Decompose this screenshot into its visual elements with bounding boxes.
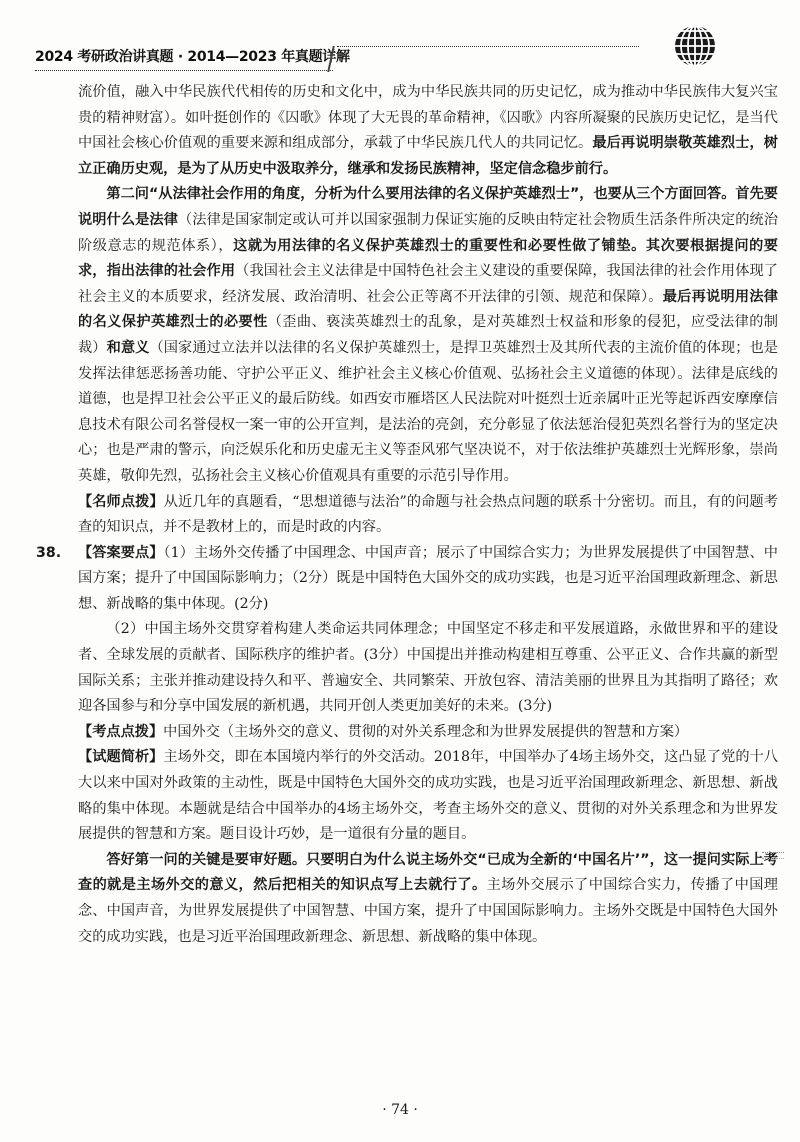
page-body: 流价值，融入中华民族代代相传的历史和文化中，成为中华民族共同的历史记忆，成为推动… — [78, 80, 778, 950]
answer-part-1: 【答案要点】（1）主场外交传播了中国理念、中国声音；展示了中国综合实力；为世界发… — [78, 541, 778, 618]
question-analysis: 【试题简析】主场外交，即在本国境内举行的外交活动。2018年，中国举办了4场主场… — [78, 745, 778, 847]
scan-mark — [762, 852, 784, 859]
paragraph-continuation: 流价值，融入中华民族代代相传的历史和文化中，成为中华民族共同的历史记忆，成为推动… — [78, 80, 778, 182]
body-text: （国家通过立法并以法律的名义保护英雄烈士，是捍卫英雄烈士及其所代表的主流价值的体… — [78, 340, 778, 484]
analysis-label: 【试题简析】 — [78, 749, 163, 765]
teacher-tip-label: 【名师点拨】 — [78, 494, 164, 510]
globe-icon — [673, 24, 717, 68]
answer-text: （1）主场外交传播了中国理念、中国声音；展示了中国综合实力；为世界发展提供了中国… — [78, 545, 778, 612]
answer-guidance: 答好第一问的关键是要审好题。只要明白为什么说主场外交“已成为全新的‘中国名片’”… — [78, 848, 778, 950]
exam-point-text: 中国外交（主场外交的意义、贯彻的对外关系理念和为世界发展提供的智慧和方案） — [163, 724, 688, 740]
answer-text: （2）中国主场外交贯穿着构建人类命运共同体理念；中国坚定不移走和平发展道路，永做… — [78, 621, 778, 714]
analysis-text: 主场外交，即在本国境内举行的外交活动。2018年，中国举办了4场主场外交，这凸显… — [78, 749, 778, 842]
exam-point-label: 【考点点拨】 — [78, 724, 163, 740]
teacher-tip-text: 从近几年的真题看，“思想道德与法治”的命题与社会热点问题的联系十分密切。而且，有… — [78, 494, 778, 536]
exam-point: 【考点点拨】中国外交（主场外交的意义、贯彻的对外关系理念和为世界发展提供的智慧和… — [78, 720, 778, 746]
question-38: 38. 【答案要点】（1）主场外交传播了中国理念、中国声音；展示了中国综合实力；… — [78, 541, 778, 951]
answer-label: 【答案要点】 — [78, 545, 163, 561]
question-number: 38. — [36, 541, 61, 567]
running-header-title: 2024 考研政治讲真题 · 2014—2023 年真题详解 — [35, 46, 350, 66]
paragraph-second-question: 第二问“从法律社会作用的角度，分析为什么要用法律的名义保护英雄烈士”，也要从三个… — [78, 182, 778, 489]
page-number: · 74 · — [0, 1102, 800, 1118]
emphasis-text: 和意义 — [107, 340, 150, 356]
teacher-tip: 【名师点拨】从近几年的真题看，“思想道德与法治”的命题与社会热点问题的联系十分密… — [78, 490, 778, 541]
page-header: 2024 考研政治讲真题 · 2014—2023 年真题详解 — [0, 0, 800, 80]
answer-part-2: （2）中国主场外交贯穿着构建人类命运共同体理念；中国坚定不移走和平发展道路，永做… — [78, 617, 778, 719]
header-dotted-rule — [35, 70, 333, 71]
header-dotted-rule-upper — [337, 46, 639, 47]
